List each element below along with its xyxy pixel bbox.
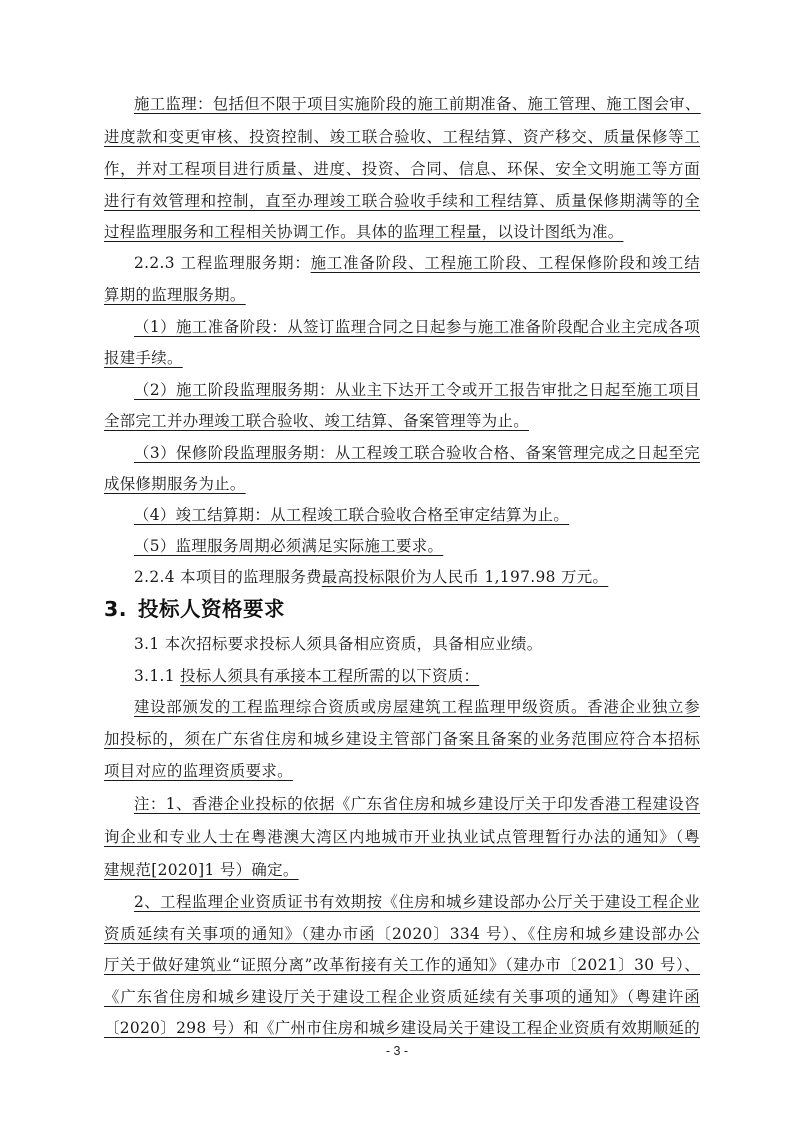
clause-number: 2.2.3 工程监理服务期：: [134, 254, 311, 272]
paragraph-line: 全部完工并办理竣工联合验收、竣工结算、备案管理等为止。: [104, 410, 700, 432]
paragraph-line: （5）监理服务周期必须满足实际施工要求。: [134, 535, 700, 557]
paragraph-line: 2.2.3 工程监理服务期：施工准备阶段、工程施工阶段、工程保修阶段和竣工结: [134, 252, 700, 274]
paragraph-line: 加投标的，须在广东省住房和城乡建设主管部门备案且备案的业务范围应符合本招标: [104, 728, 700, 750]
paragraph-text: 施工准备阶段、工程施工阶段、工程保修阶段和竣工结: [311, 254, 700, 272]
paragraph-text: 投标人须具有承接本工程所需的以下资质：: [180, 667, 479, 685]
paragraph-line: 3.1.1 投标人须具有承接本工程所需的以下资质：: [134, 665, 700, 687]
paragraph-text: （4）竣工结算期：从工程竣工联合验收合格至审定结算为止。: [134, 506, 569, 524]
paragraph-line: 建设部颁发的工程监理综合资质或房屋建筑工程监理甲级资质。香港企业独立参: [134, 696, 700, 718]
paragraph-line: 作，并对工程项目进行质量、进度、投资、合同、信息、环保、安全文明施工等方面: [104, 158, 700, 180]
paragraph-line: 建规范[2020]1 号）确定。: [104, 859, 700, 881]
paragraph-text: 全部完工并办理竣工联合验收、竣工结算、备案管理等为止。: [104, 412, 529, 430]
page-number: - 3 -: [0, 1044, 794, 1058]
paragraph-line: 2.2.4 本项目的监理服务费最高投标限价为人民币 1,197.98 万元。: [134, 566, 700, 588]
paragraph-line: 成保修期服务为止。: [104, 473, 700, 495]
document-page: 施工监理：包括但不限于项目实施阶段的施工前期准备、施工管理、施工图会审、 进度款…: [0, 0, 794, 1123]
paragraph-line: 厅关于做好建筑业“证照分离”改革衔接有关工作的通知》（建办市〔2021〕30 号…: [104, 954, 700, 976]
paragraph-line: （2）施工阶段监理服务期：从业主下达开工令或开工报告审批之日起至施工项目: [134, 379, 700, 401]
paragraph-text: 成保修期服务为止。: [104, 475, 246, 493]
paragraph-line: 2、工程监理企业资质证书有效期按《住房和城乡建设部办公厅关于建设工程企业: [134, 891, 700, 913]
paragraph-line: 算期的监理服务期。: [104, 284, 700, 306]
paragraph-line: 资质延续有关事项的通知》（建办市函〔2020〕334 号）、《住房和城乡建设部办…: [104, 923, 700, 945]
paragraph-text: 报建手续。: [104, 349, 183, 367]
clause-number: 2.2.4 本项目的监理服务费: [134, 568, 322, 586]
service-fee-text: 最高投标限价为人民币 1,197.98 万元。: [322, 568, 608, 586]
paragraph-line: 注：1、香港企业投标的依据《广东省住房和城乡建设厅关于印发香港工程建设咨: [134, 793, 700, 815]
paragraph-text: 建规范[2020]1 号）确定。: [104, 861, 299, 879]
paragraph-line: 施工监理：包括但不限于项目实施阶段的施工前期准备、施工管理、施工图会审、: [134, 93, 700, 115]
paragraph-line: （4）竣工结算期：从工程竣工联合验收合格至审定结算为止。: [134, 504, 700, 526]
paragraph-line: 项目对应的监理资质要求。: [104, 760, 700, 782]
paragraph-text: 算期的监理服务期。: [104, 286, 246, 304]
paragraph-line: 过程监理服务和工程相关协调工作。具体的监理工程量，以设计图纸为准。: [104, 221, 700, 243]
paragraph-text: （5）监理服务周期必须满足实际施工要求。: [134, 537, 443, 555]
paragraph-line: 3.1 本次招标要求投标人须具备相应资质，具备相应业绩。: [134, 633, 700, 655]
paragraph-line: 进度款和变更审核、投资控制、竣工联合验收、工程结算、资产移交、质量保修等工: [104, 126, 700, 148]
section-heading: 3.投标人资格要求: [104, 596, 285, 622]
clause-number: 3.1.1: [134, 667, 180, 685]
paragraph-line: 询企业和专业人士在粤港澳大湾区内地城市开业执业试点管理暂行办法的通知》（粤: [104, 826, 700, 848]
paragraph-line: （1）施工准备阶段：从签订监理合同之日起参与施工准备阶段配合业主完成各项: [134, 316, 700, 338]
paragraph-line: 《广东省住房和城乡建设厅关于建设工程企业资质延续有关事项的通知》（粤建许函: [104, 986, 700, 1008]
paragraph-line: 〔2020〕298 号）和《广州市住房和城乡建设局关于建设工程企业资质有效期顺延…: [104, 1017, 700, 1039]
paragraph-line: 进行有效管理和控制，直至办理竣工联合验收手续和工程结算、质量保修期满等的全: [104, 190, 700, 212]
section-title: 投标人资格要求: [138, 597, 285, 621]
paragraph-text: 过程监理服务和工程相关协调工作。具体的监理工程量，以设计图纸为准。: [104, 223, 623, 241]
paragraph-line: 报建手续。: [104, 347, 700, 369]
paragraph-text: 项目对应的监理资质要求。: [104, 762, 293, 780]
paragraph-line: （3）保修阶段监理服务期：从工程竣工联合验收合格、备案管理完成之日起至完: [134, 442, 700, 464]
section-number: 3.: [104, 596, 138, 622]
